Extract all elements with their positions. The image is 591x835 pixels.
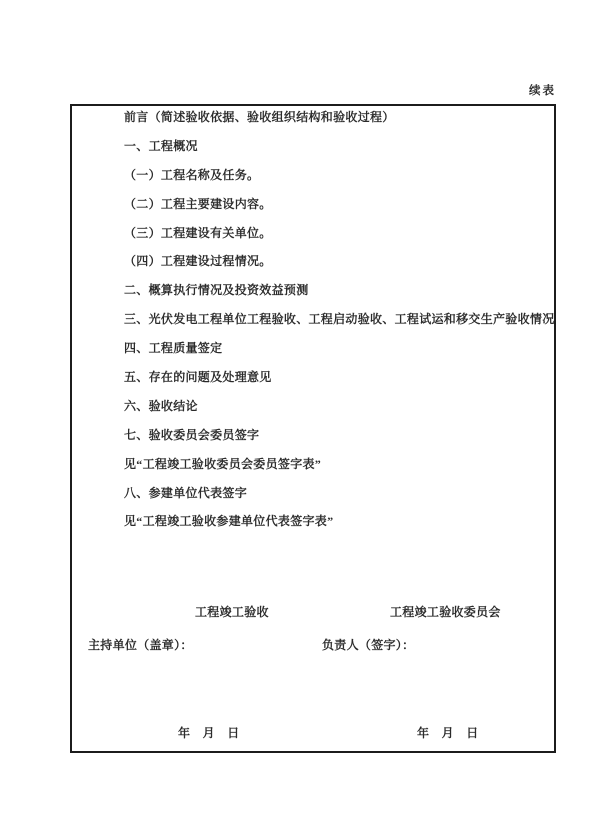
host-unit-seal-label: 主持单位（盖章）： [88, 638, 193, 652]
content-line-see-participants-table: 见“工程竣工验收参建单位代表签字表” [124, 506, 548, 535]
content-line-section7: 七、验收委员会委员签字 [124, 420, 548, 449]
responsible-person-signature-label: 负责人（签字）： [322, 638, 414, 652]
content-line-section1: 一、工程概况 [124, 131, 548, 160]
content-line-section1-2: （二）工程主要建设内容。 [124, 189, 548, 218]
content-line-section8: 八、参建单位代表签字 [124, 478, 548, 507]
date-line-left: 年 月 日 [178, 726, 240, 740]
content-line-section4: 四、工程质量签定 [124, 333, 548, 362]
content-line-section1-3: （三）工程建设有关单位。 [124, 218, 548, 247]
completion-acceptance-title: 工程竣工验收 [195, 605, 269, 619]
document-page: 续表 前言（简述验收依据、验收组织结构和验收过程） 一、工程概况 （一）工程名称… [0, 0, 591, 835]
content-line-section3: 三、光伏发电工程单位工程验收、工程启动验收、工程试运和移交生产验收情况 [124, 304, 548, 333]
content-line-section1-4: （四）工程建设过程情况。 [124, 246, 548, 275]
content-line-section5: 五、存在的问题及处理意见 [124, 362, 548, 391]
content-line-preface: 前言（简述验收依据、验收组织结构和验收过程） [124, 102, 548, 131]
continued-table-label: 续表 [529, 82, 556, 98]
content-lines: 前言（简述验收依据、验收组织结构和验收过程） 一、工程概况 （一）工程名称及任务… [72, 102, 554, 535]
content-line-section6: 六、验收结论 [124, 391, 548, 420]
date-line-right: 年 月 日 [417, 726, 479, 740]
document-border-box: 前言（简述验收依据、验收组织结构和验收过程） 一、工程概况 （一）工程名称及任务… [70, 104, 556, 753]
content-line-section2: 二、概算执行情况及投资效益预测 [124, 275, 548, 304]
acceptance-committee-title: 工程竣工验收委员会 [390, 605, 501, 619]
content-line-see-committee-table: 见“工程竣工验收委员会委员签字表” [124, 449, 548, 478]
content-line-section1-1: （一）工程名称及任务。 [124, 160, 548, 189]
